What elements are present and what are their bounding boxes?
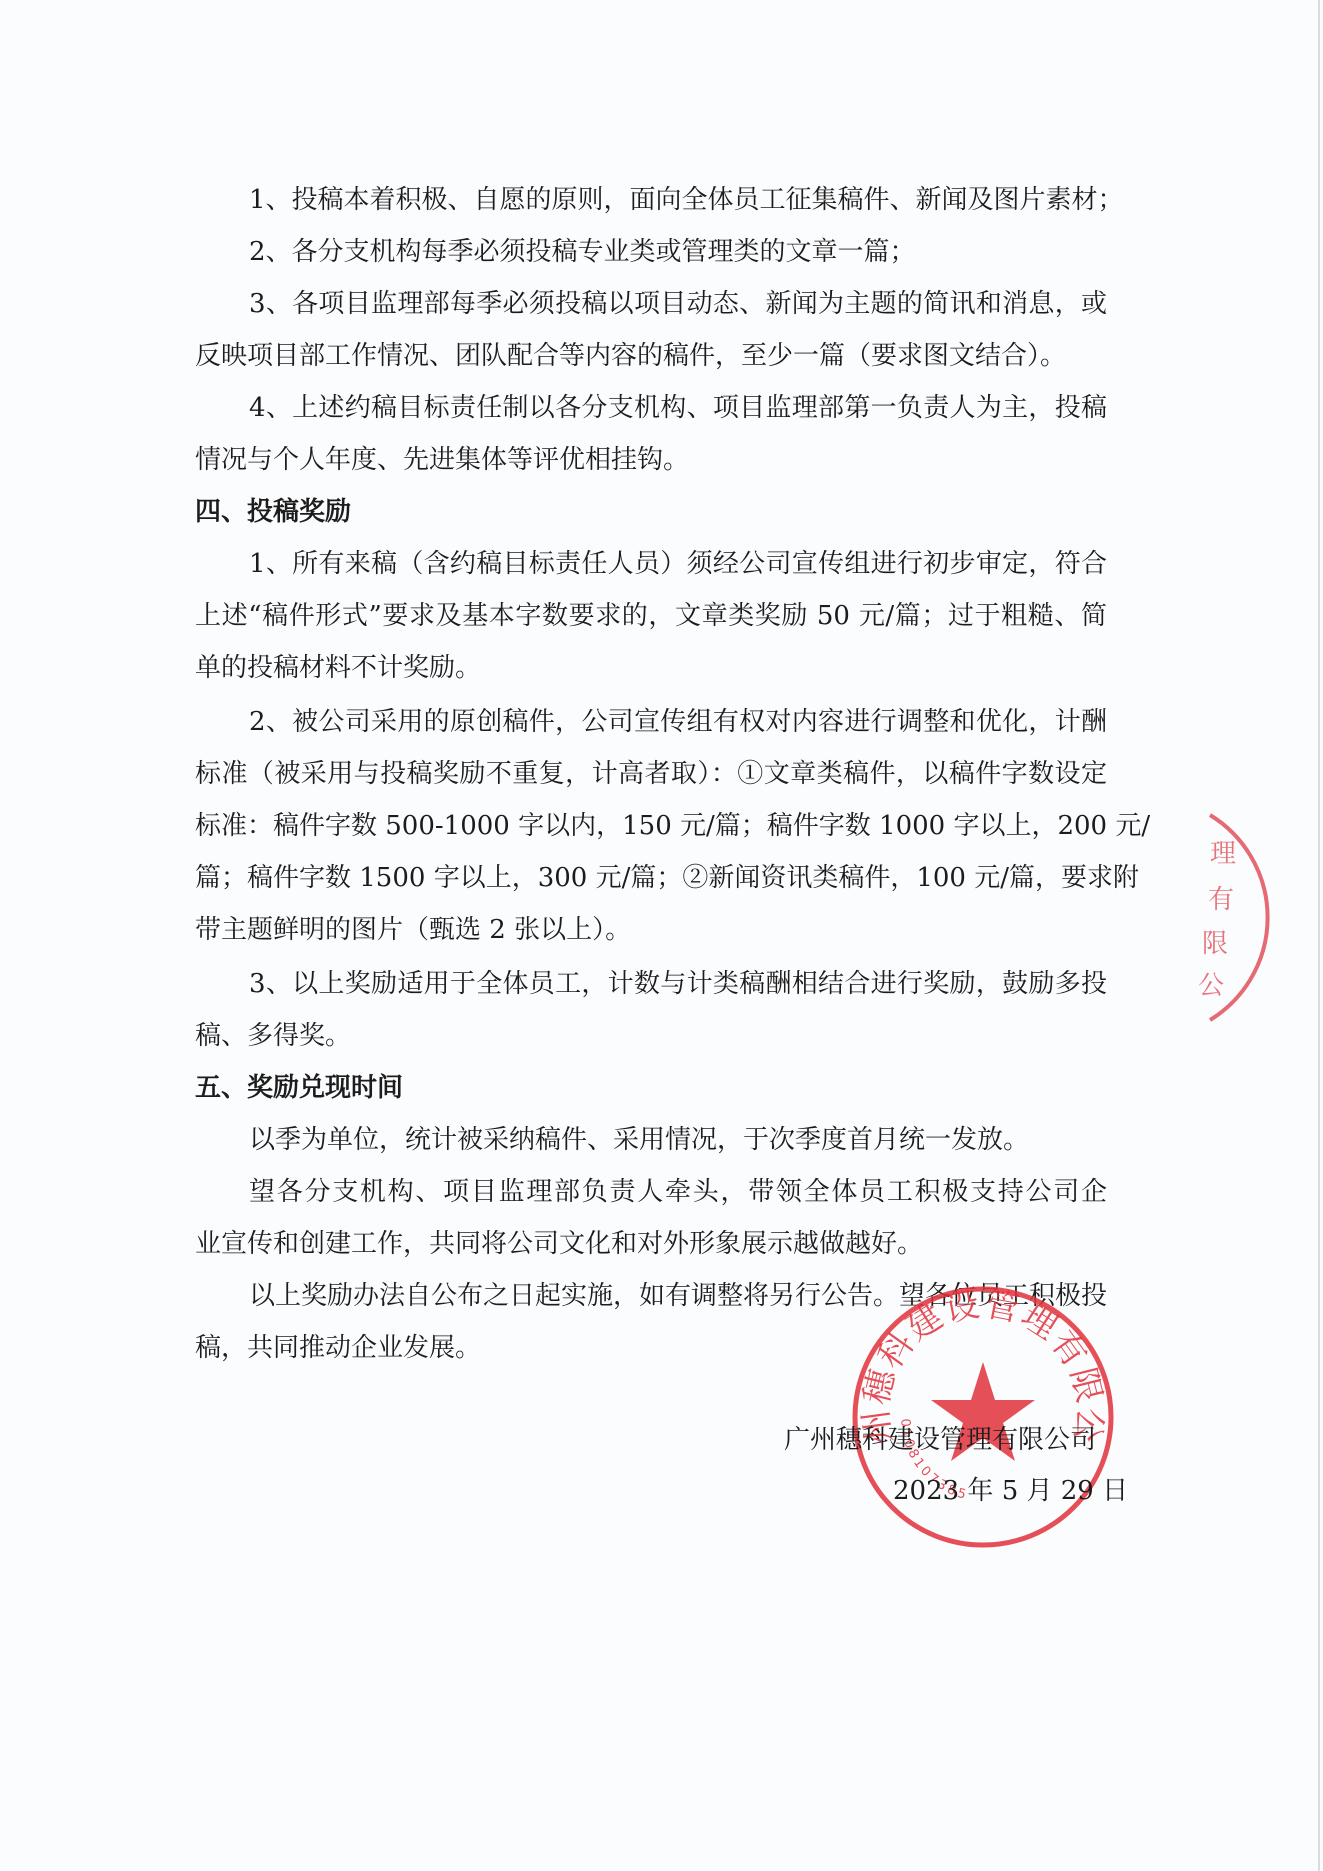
item-4-2-line-2: 标准（被采用与投稿奖励不重复，计高者取）：①文章类稿件，以稿件字数设定 xyxy=(195,757,1107,791)
item-4-2-line-4: 篇；稿件字数 1500 字以上，300 元/篇；②新闻资讯类稿件，100 元/篇… xyxy=(195,861,1107,895)
item-4-3-line-2: 稿、多得奖。 xyxy=(195,1019,1107,1053)
item-3-3-line-1: 3、各项目监理部每季必须投稿以项目动态、新闻为主题的简讯和消息，或 xyxy=(249,287,1107,321)
para-5-3-line-2: 稿，共同推动企业发展。 xyxy=(195,1331,1107,1365)
item-4-1-line-3: 单的投稿材料不计奖励。 xyxy=(195,651,1107,685)
partial-seal-icon: 理 有 限 公 xyxy=(1180,790,1323,1040)
partial-seal-char-3: 限 xyxy=(1202,929,1228,959)
item-3-1-line-1: 1、投稿本着积极、自愿的原则，面向全体员工征集稿件、新闻及图片素材； xyxy=(249,183,1107,217)
document-page: 1、投稿本着积极、自愿的原则，面向全体员工征集稿件、新闻及图片素材； 2、各分支… xyxy=(0,0,1323,1871)
item-3-4-line-1: 4、上述约稿目标责任制以各分支机构、项目监理部第一负责人为主，投稿 xyxy=(249,391,1107,425)
company-seal-icon: 广州穗科建设管理有限公司 0108107385 xyxy=(848,1282,1118,1552)
item-3-2-line-1: 2、各分支机构每季必须投稿专业类或管理类的文章一篇； xyxy=(249,235,1107,269)
svg-text:理 有 限 公: 理 有 限 公 xyxy=(1198,839,1244,1001)
item-3-4-line-2: 情况与个人年度、先进集体等评优相挂钩。 xyxy=(195,443,1107,477)
para-5-3-line-1: 以上奖励办法自公布之日起实施，如有调整将另行公告。望各位员工积极投 xyxy=(249,1279,1107,1313)
para-5-2-line-2: 业宣传和创建工作，共同将公司文化和对外形象展示越做越好。 xyxy=(195,1227,1107,1261)
item-4-1-line-2: 上述“稿件形式”要求及基本字数要求的，文章类奖励 50 元/篇；过于粗糙、简 xyxy=(195,599,1107,633)
partial-seal-char-4: 公 xyxy=(1198,971,1224,1001)
item-4-2-line-1: 2、被公司采用的原创稿件，公司宣传组有权对内容进行调整和优化，计酬 xyxy=(249,705,1107,739)
scan-edge-line xyxy=(1318,0,1320,1871)
partial-seal-char-1: 理 xyxy=(1210,839,1236,869)
section-4-heading: 四、投稿奖励 xyxy=(195,495,1107,529)
item-4-1-line-1: 1、所有来稿（含约稿目标责任人员）须经公司宣传组进行初步审定，符合 xyxy=(249,547,1107,581)
para-5-1-line-1: 以季为单位，统计被采纳稿件、采用情况，于次季度首月统一发放。 xyxy=(249,1123,1107,1157)
partial-seal-char-2: 有 xyxy=(1208,885,1234,915)
section-5-heading: 五、奖励兑现时间 xyxy=(195,1071,1107,1105)
signature-company: 广州穗科建设管理有限公司 xyxy=(784,1423,1096,1457)
item-4-2-line-3: 标准：稿件字数 500-1000 字以内，150 元/篇；稿件字数 1000 字… xyxy=(195,809,1107,843)
signature-date: 2023 年 5 月 29 日 xyxy=(893,1474,1128,1508)
item-3-3-line-2: 反映项目部工作情况、团队配合等内容的稿件，至少一篇（要求图文结合）。 xyxy=(195,339,1107,373)
para-5-2-line-1: 望各分支机构、项目监理部负责人牵头，带领全体员工积极支持公司企 xyxy=(249,1175,1107,1209)
item-4-2-line-5: 带主题鲜明的图片（甄选 2 张以上）。 xyxy=(195,913,1107,947)
item-4-3-line-1: 3、以上奖励适用于全体员工，计数与计类稿酬相结合进行奖励，鼓励多投 xyxy=(249,967,1107,1001)
